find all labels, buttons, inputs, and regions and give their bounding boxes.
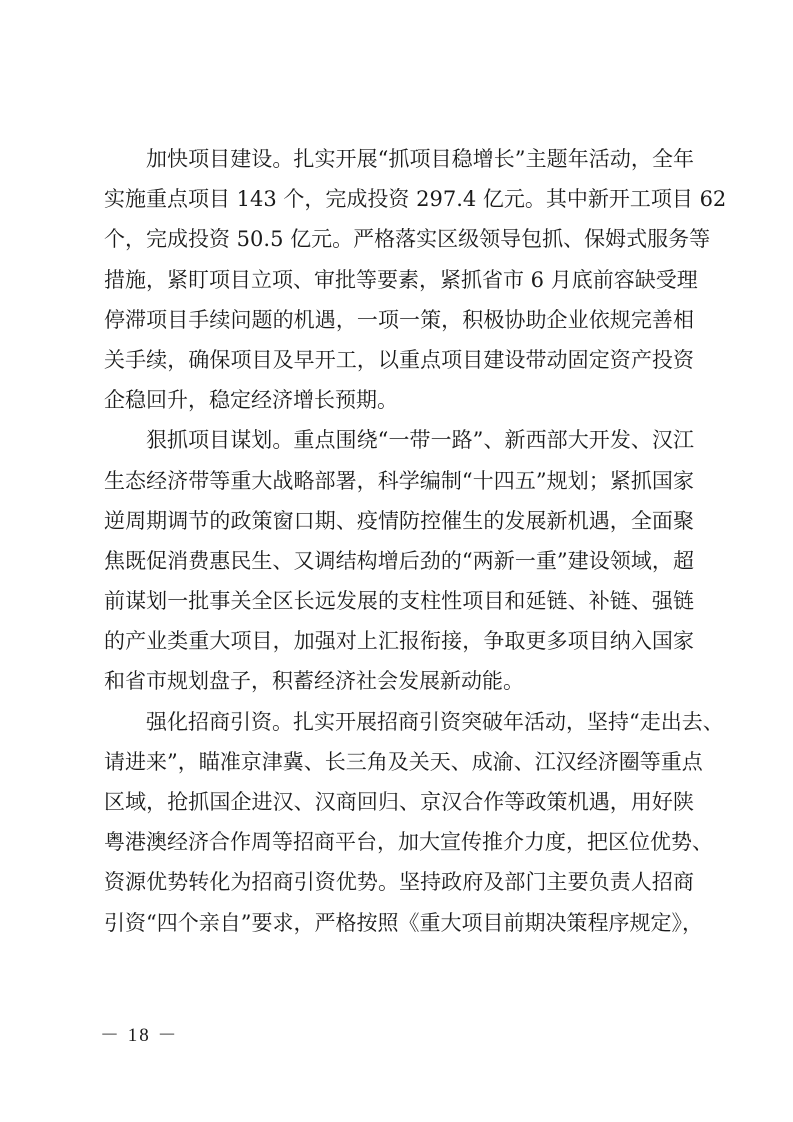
paragraph-investment-attraction: 强化招商引资。扎实开展招商引资突破年活动，坚持“走出去、 请进来”，瞄准京津冀、… — [104, 702, 694, 943]
paragraph-line: 和省市规划盘子，积蓄经济社会发展新动能。 — [104, 661, 694, 701]
document-body: 加快项目建设。扎实开展“抓项目稳增长”主题年活动，全年 实施重点项目 143 个… — [104, 139, 694, 943]
paragraph-line: 实施重点项目 143 个，完成投资 297.4 亿元。其中新开工项目 62 — [104, 179, 694, 219]
paragraph-line: 请进来”，瞄准京津冀、长三角及关天、成渝、江汉经济圈等重点 — [104, 742, 694, 782]
paragraph-line: 企稳回升，稳定经济增长预期。 — [104, 380, 694, 420]
paragraph-heading: 狠抓项目谋划。 — [146, 428, 293, 452]
paragraph-line: 引资“四个亲自”要求，严格按照《重大项目前期决策程序规定》， — [104, 903, 694, 943]
paragraph-line: 生态经济带等重大战略部署，科学编制“十四五”规划；紧抓国家 — [104, 461, 694, 501]
paragraph-line: 加快项目建设。扎实开展“抓项目稳增长”主题年活动，全年 — [104, 139, 694, 179]
paragraph-line: 狠抓项目谋划。重点围绕“一带一路”、新西部大开发、汉江 — [104, 420, 694, 460]
paragraph-heading: 强化招商引资。 — [146, 710, 293, 734]
paragraph-line: 个，完成投资 50.5 亿元。严格落实区级领导包抓、保姆式服务等 — [104, 219, 694, 259]
paragraph-line: 关手续，确保项目及早开工，以重点项目建设带动固定资产投资 — [104, 340, 694, 380]
document-page: 加快项目建设。扎实开展“抓项目稳增长”主题年活动，全年 实施重点项目 143 个… — [0, 0, 793, 1122]
page-number: － 18 － — [100, 1020, 179, 1047]
paragraph-line: 措施，紧盯项目立项、审批等要素，紧抓省市 6 月底前容缺受理 — [104, 260, 694, 300]
paragraph-line: 停滞项目手续问题的机遇，一项一策，积极协助企业依规完善相 — [104, 300, 694, 340]
paragraph-line: 逆周期调节的政策窗口期、疫情防控催生的发展新机遇，全面聚 — [104, 501, 694, 541]
paragraph-heading: 加快项目建设。 — [146, 147, 293, 171]
paragraph-project-planning: 狠抓项目谋划。重点围绕“一带一路”、新西部大开发、汉江 生态经济带等重大战略部署… — [104, 420, 694, 701]
paragraph-line: 粤港澳经济合作周等招商平台，加大宣传推介力度，把区位优势、 — [104, 822, 694, 862]
paragraph-line: 前谋划一批事关全区长远发展的支柱性项目和延链、补链、强链 — [104, 581, 694, 621]
paragraph-line: 焦既促消费惠民生、又调结构增后劲的“两新一重”建设领域，超 — [104, 541, 694, 581]
paragraph-project-construction: 加快项目建设。扎实开展“抓项目稳增长”主题年活动，全年 实施重点项目 143 个… — [104, 139, 694, 420]
paragraph-line: 的产业类重大项目，加强对上汇报衔接，争取更多项目纳入国家 — [104, 621, 694, 661]
paragraph-line: 区域，抢抓国企进汉、汉商回归、京汉合作等政策机遇，用好陕 — [104, 782, 694, 822]
paragraph-line: 强化招商引资。扎实开展招商引资突破年活动，坚持“走出去、 — [104, 702, 694, 742]
paragraph-line: 资源优势转化为招商引资优势。坚持政府及部门主要负责人招商 — [104, 862, 694, 902]
